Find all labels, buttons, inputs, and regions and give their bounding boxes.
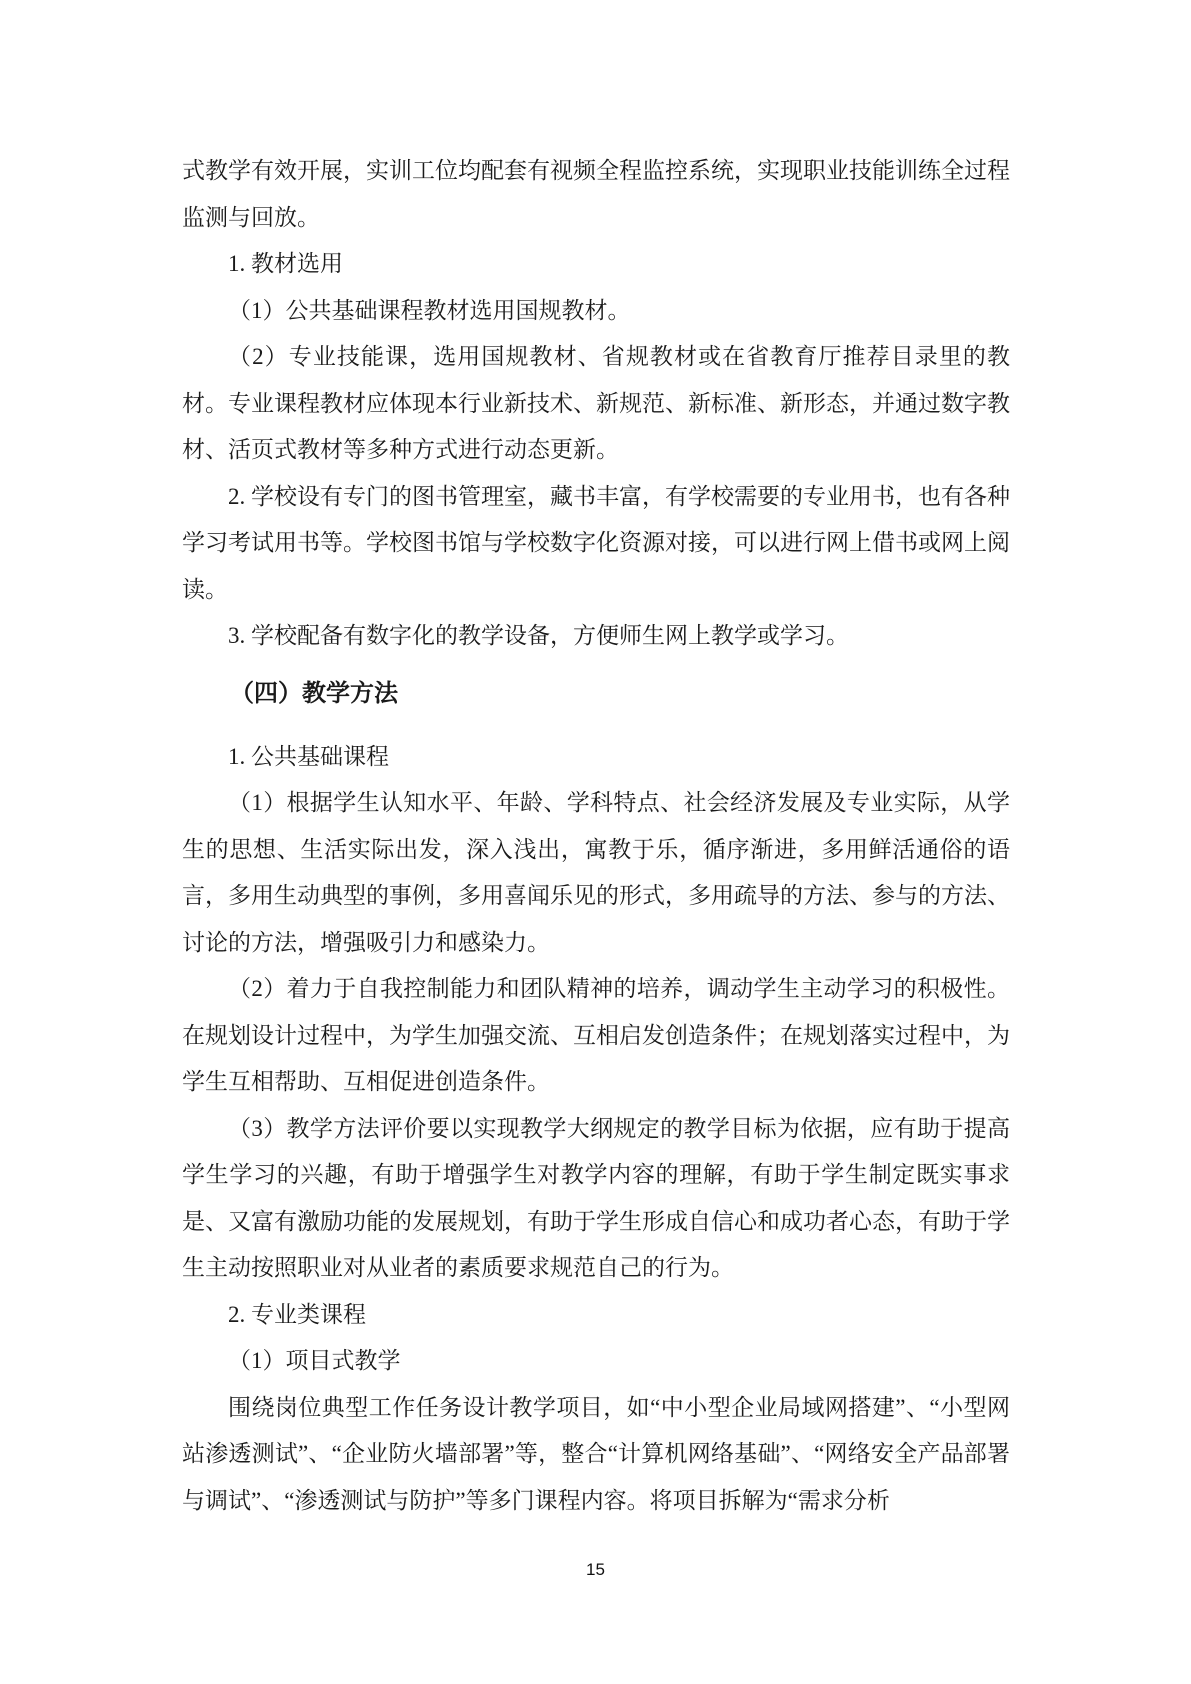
page-number: 15	[0, 1560, 1191, 1580]
paragraph: 1. 教材选用	[182, 241, 1010, 288]
document-page: 式教学有效开展，实训工位均配套有视频全程监控系统，实现职业技能训练全过程监测与回…	[0, 0, 1191, 1684]
paragraph: 式教学有效开展，实训工位均配套有视频全程监控系统，实现职业技能训练全过程监测与回…	[182, 148, 1010, 241]
paragraph: （3）教学方法评价要以实现教学大纲规定的教学目标为依据，应有助于提高学生学习的兴…	[182, 1106, 1010, 1292]
paragraph: 围绕岗位典型工作任务设计教学项目，如“中小型企业局域网搭建”、“小型网站渗透测试…	[182, 1385, 1010, 1525]
paragraph: （2）着力于自我控制能力和团队精神的培养，调动学生主动学习的积极性。在规划设计过…	[182, 966, 1010, 1106]
paragraph: 3. 学校配备有数字化的教学设备，方便师生网上教学或学习。	[182, 613, 1010, 660]
paragraph: 1. 公共基础课程	[182, 734, 1010, 781]
paragraph: （1）项目式教学	[182, 1338, 1010, 1385]
paragraph: （1）根据学生认知水平、年龄、学科特点、社会经济发展及专业实际，从学生的思想、生…	[182, 780, 1010, 966]
paragraph: 2. 专业类课程	[182, 1292, 1010, 1339]
paragraph: （1）公共基础课程教材选用国规教材。	[182, 288, 1010, 335]
paragraph: （2）专业技能课，选用国规教材、省规教材或在省教育厅推荐目录里的教材。专业课程教…	[182, 334, 1010, 474]
section-heading: （四）教学方法	[182, 668, 1010, 720]
document-body: 式教学有效开展，实训工位均配套有视频全程监控系统，实现职业技能训练全过程监测与回…	[182, 148, 1010, 1524]
paragraph: 2. 学校设有专门的图书管理室，藏书丰富，有学校需要的专业用书，也有各种学习考试…	[182, 474, 1010, 614]
